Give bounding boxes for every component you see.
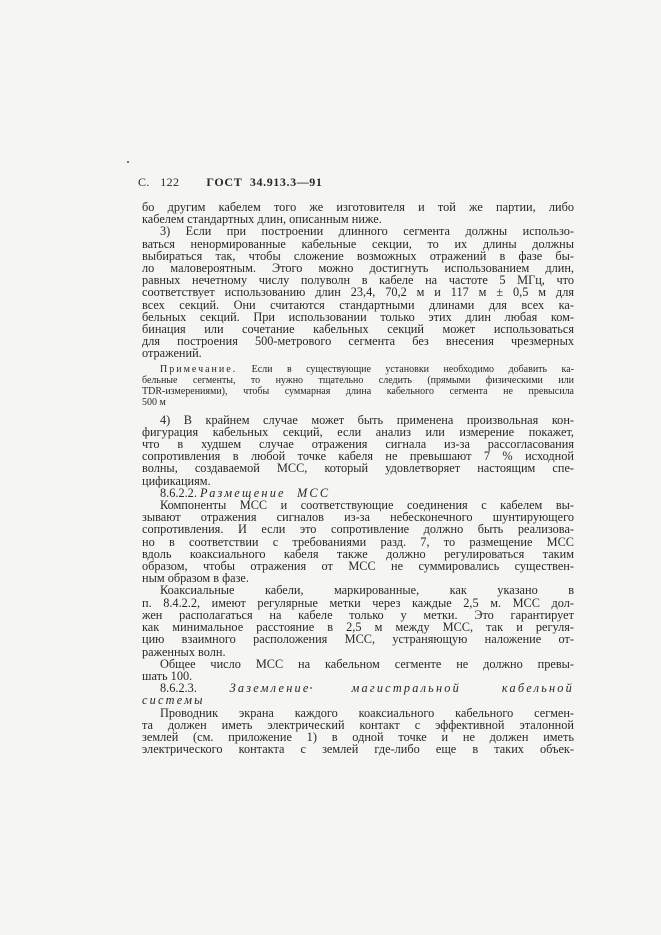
body-paragraph: Проводник экрана каждого коаксиального к… xyxy=(142,707,574,756)
scan-speck xyxy=(127,161,129,163)
text-segment: для построения 500-метрового сегмента бе… xyxy=(142,334,574,348)
text-segment: Примечание. xyxy=(160,364,237,375)
text-segment: TDR-измерениями), чтобы суммарная длина … xyxy=(142,386,574,397)
page-number: С. 122 xyxy=(138,175,179,189)
text-segment: 500 м xyxy=(142,397,166,408)
body-paragraph: Компоненты МСС и соответствующие соедине… xyxy=(142,499,574,584)
text-line: Общее число МСС на кабельном сегменте не… xyxy=(142,658,574,670)
body-paragraph: бо другим кабелем того же изготовителя и… xyxy=(142,201,574,225)
text-segment: бельные сегменты, то нужно тщательно сле… xyxy=(142,375,574,386)
running-header: С. 122ГОСТ 34.913.3—91 xyxy=(138,175,323,189)
text-segment: отражений. xyxy=(142,346,202,360)
text-line: TDR-измерениями), чтобы суммарная длина … xyxy=(142,386,574,397)
body-paragraph: Коаксиальные кабели, маркированные, как … xyxy=(142,584,574,657)
body-paragraph: 3) Если при построении длинного сегмента… xyxy=(142,225,574,359)
text-line: 8.6.2.3. Заземление магистральной кабель… xyxy=(142,682,574,694)
text-line: отражений. xyxy=(142,347,574,359)
note-paragraph: Примечание. Если в существующие установк… xyxy=(142,364,574,408)
heading-paragraph: 8.6.2.3. Заземление магистральной кабель… xyxy=(142,682,574,706)
text-block: бо другим кабелем того же изготовителя и… xyxy=(142,201,574,755)
heading-italic-text: Заземление магистральной кабельной xyxy=(230,681,574,695)
text-segment: Если в существующие установки необходимо… xyxy=(237,364,574,375)
text-line: 500 м xyxy=(142,397,574,408)
text-segment: Общее число МСС на кабельном сегменте не… xyxy=(160,657,574,671)
standard-number: ГОСТ 34.913.3—91 xyxy=(206,175,322,189)
text-line: Примечание. Если в существующие установк… xyxy=(142,364,574,375)
text-line: электрического контакта с землей где-либ… xyxy=(142,743,574,755)
text-line: бельные сегменты, то нужно тщательно сле… xyxy=(142,375,574,386)
text-line: для построения 500-метрового сегмента бе… xyxy=(142,335,574,347)
body-paragraph: Общее число МСС на кабельном сегменте не… xyxy=(142,658,574,682)
body-paragraph: 4) В крайнем случае может быть применена… xyxy=(142,414,574,487)
document-page: С. 122ГОСТ 34.913.3—91 бо другим кабелем… xyxy=(0,0,661,935)
text-segment: электрического контакта с землей где-либ… xyxy=(142,742,574,756)
